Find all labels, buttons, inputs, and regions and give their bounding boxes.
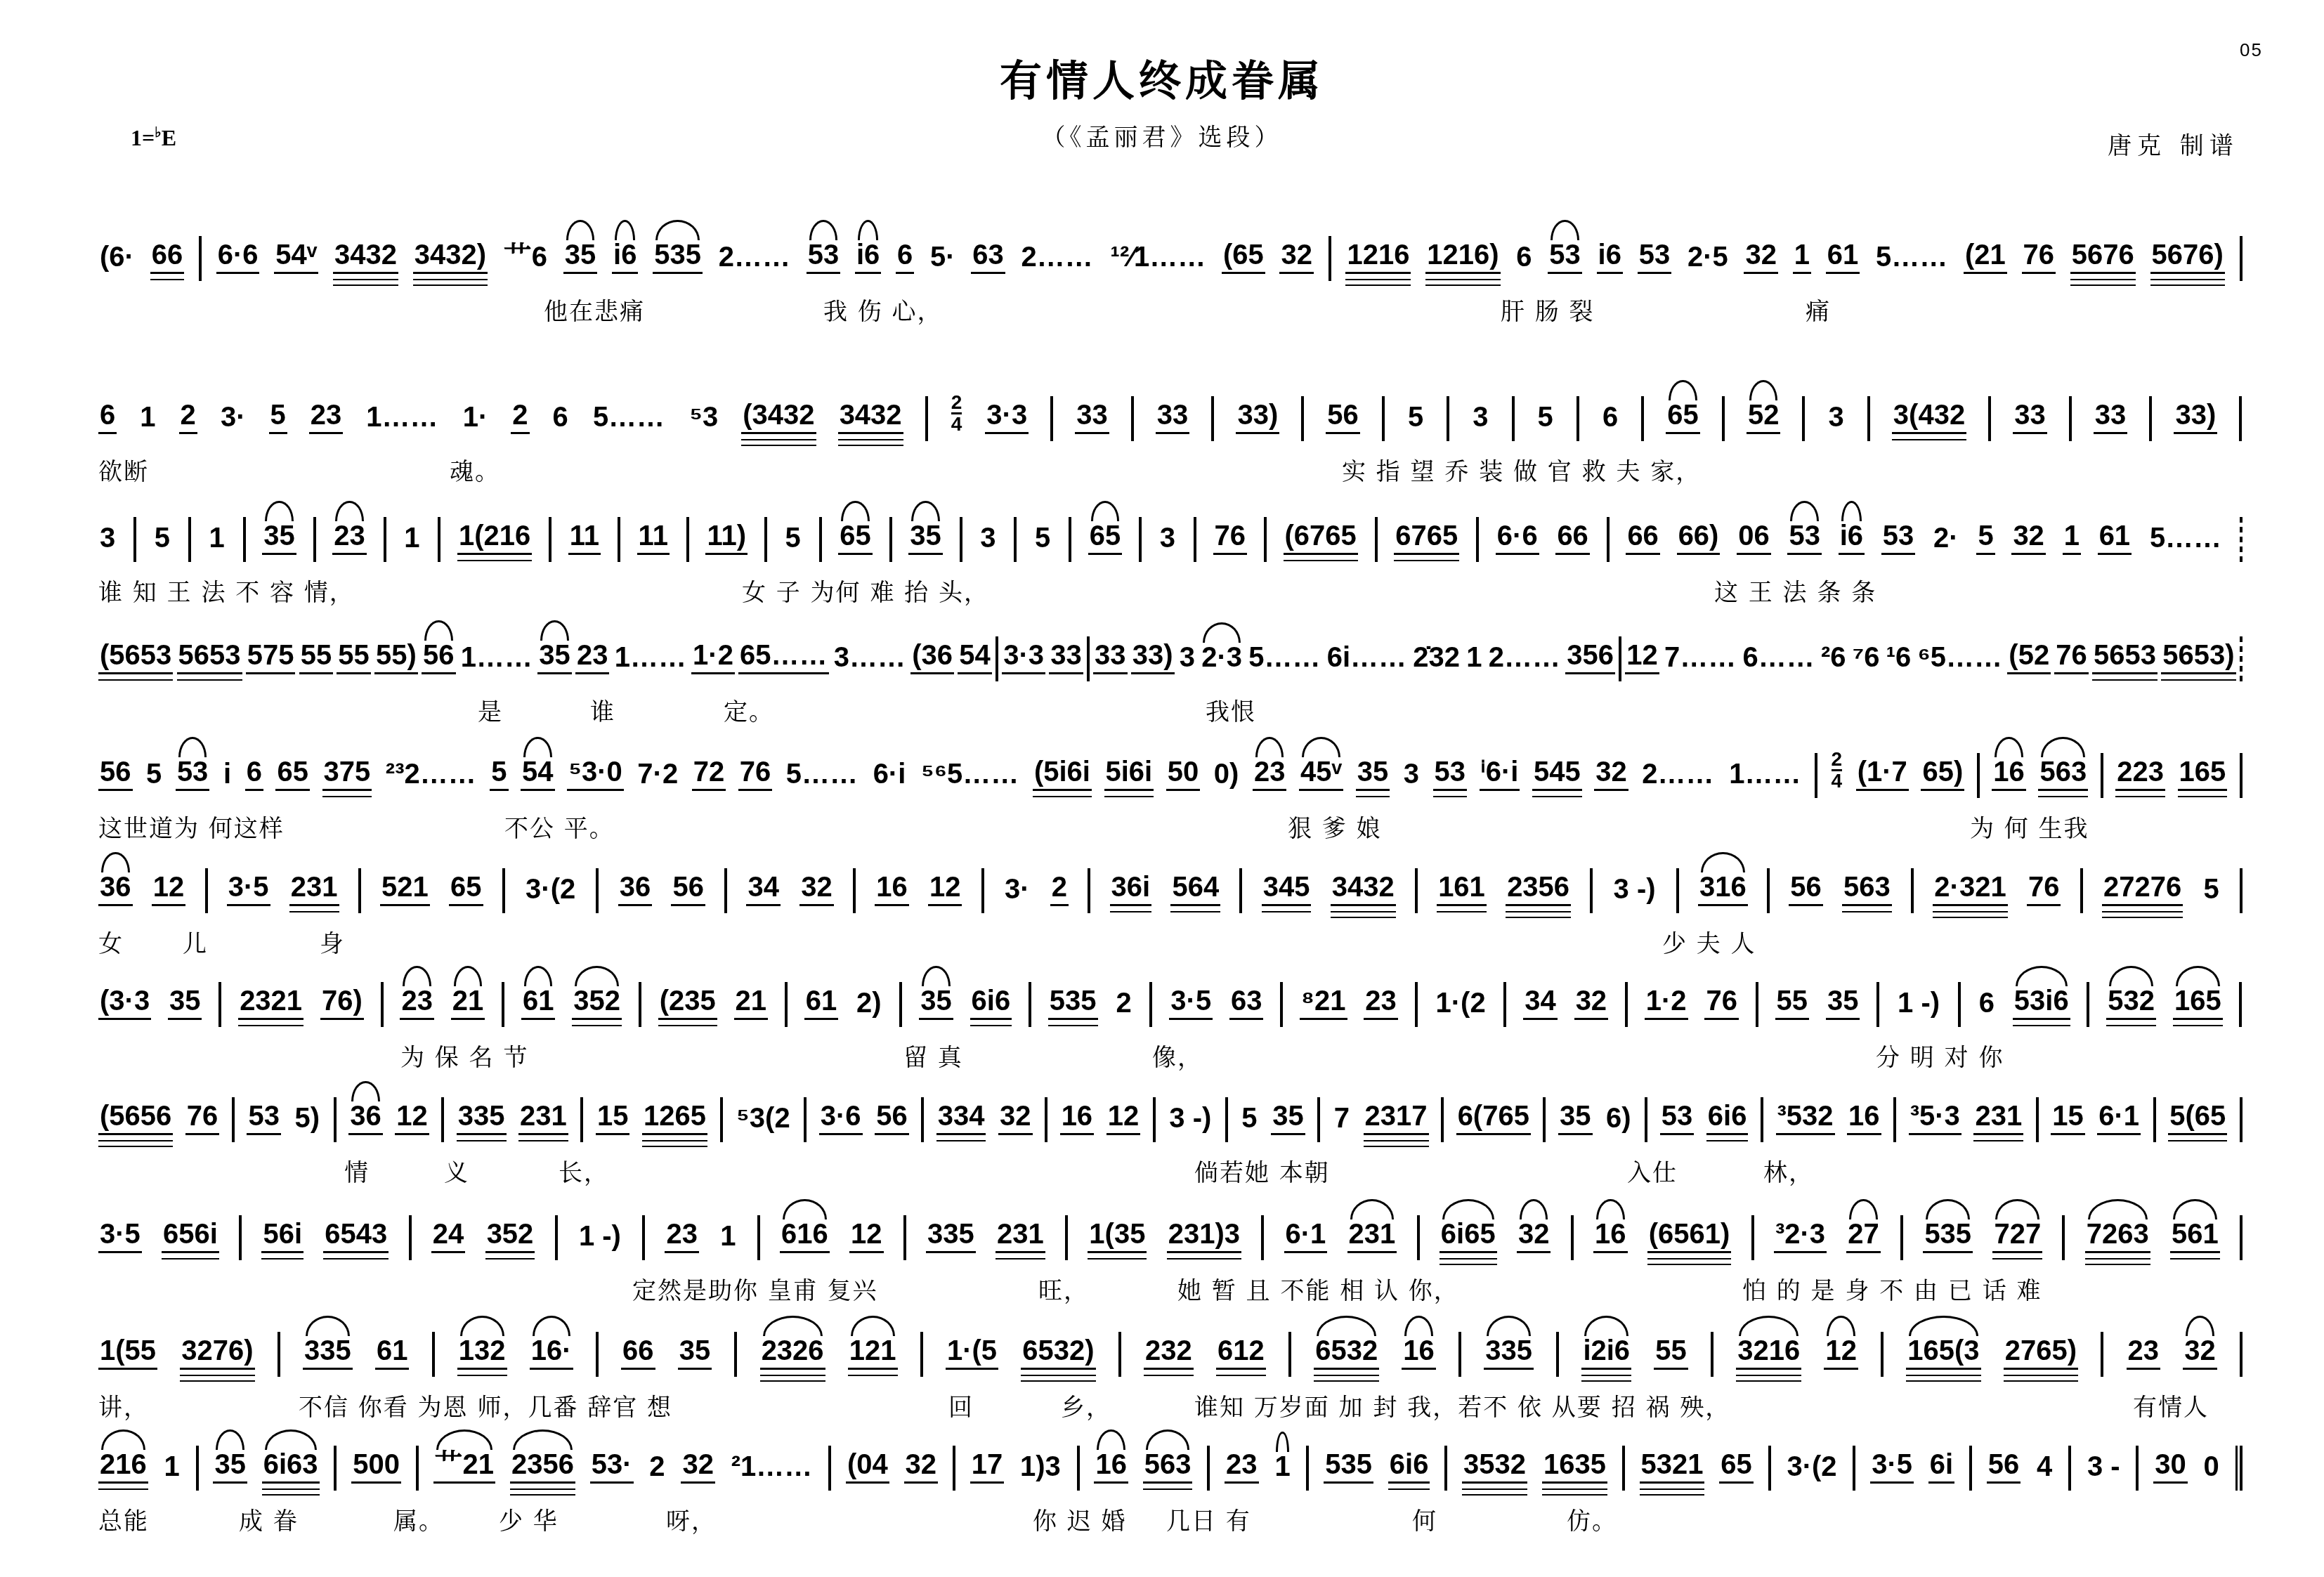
barline xyxy=(358,868,361,913)
note-group: 563 xyxy=(1842,870,1892,906)
lyric-text: 总能 xyxy=(98,1502,149,1536)
barline xyxy=(2149,396,2152,441)
barline xyxy=(384,517,386,562)
note-group: 165 xyxy=(2178,755,2228,791)
barline xyxy=(1881,1332,1884,1377)
note-group: 2 xyxy=(1050,870,1069,906)
barline xyxy=(1417,1215,1420,1260)
note-group: 2 xyxy=(1114,986,1132,1020)
note-group: 23 xyxy=(1253,755,1287,791)
note-group: 艹21 xyxy=(433,1448,496,1484)
lyrics-line: 他在悲痛我 伤 心，肝 肠 裂痛 xyxy=(98,292,2243,323)
note-group: 34 xyxy=(746,870,781,906)
lyric-text: 谁知 万岁面 加 封 我，若不 依 从要 招 祸 殃， xyxy=(1194,1388,1730,1422)
note-group: 2…… xyxy=(1640,757,1715,791)
note-group: 3·5 xyxy=(1169,984,1213,1020)
note-group: 6·6 xyxy=(216,238,260,274)
note-group: 65 xyxy=(1719,1448,1754,1484)
note-group: 1…… xyxy=(613,641,688,674)
note-group: 36 xyxy=(348,1099,383,1135)
note-group: 231 xyxy=(995,1217,1045,1253)
note-group: 16 xyxy=(1593,1217,1628,1253)
lyric-text: 儿 xyxy=(183,924,208,959)
note-group: 76 xyxy=(2022,238,2056,274)
note-group: 5 xyxy=(269,398,287,434)
notation-line: 351352311(216111111)565353565376(6765676… xyxy=(98,506,2243,555)
barline xyxy=(1441,1097,1444,1142)
note-group: 32 xyxy=(998,1099,1033,1135)
barline xyxy=(1306,1446,1309,1491)
barline xyxy=(925,396,928,441)
note-group: 35 xyxy=(1558,1099,1593,1135)
note-group: 3216 xyxy=(1736,1334,1801,1370)
note-group: 223 xyxy=(2115,755,2165,791)
note-group: 2…… xyxy=(717,240,792,274)
note-group: 6543 xyxy=(323,1217,389,1253)
barline xyxy=(438,517,440,562)
note-group: (3432 xyxy=(741,398,816,434)
note-group: 6) xyxy=(1605,1101,1633,1135)
lyric-text: 何 xyxy=(1412,1502,1437,1536)
note-group: i6 xyxy=(1597,238,1623,274)
note-group: 6i…… xyxy=(1326,641,1408,674)
note-group: 16 xyxy=(1094,1448,1128,1484)
lyric-text: 呀， xyxy=(666,1502,717,1536)
notation-line: 36123·5231521653·(23656343216123·236i564… xyxy=(98,857,2243,906)
barline xyxy=(232,1097,235,1142)
note-group: 5 xyxy=(1406,400,1425,434)
lyric-text: 肝 肠 裂 xyxy=(1501,292,1595,327)
note-group: 7…… xyxy=(1663,641,1737,674)
note-group: 352 xyxy=(572,984,622,1020)
note-group: 56 xyxy=(1987,1448,2021,1484)
note-group: 53 xyxy=(1548,238,1582,274)
score-system-1: (6·666·654ᵛ34323432)艹635i65352……53i665·6… xyxy=(98,225,2243,330)
note-group: 3·3 xyxy=(1002,639,1045,674)
score-system-2: 6123·5231……1·265……⁵3(34323432243·3333333… xyxy=(98,385,2243,490)
lyrics-line: 欲断魂。实 指 望 乔 装 做 官 救 夫 家， xyxy=(98,452,2243,483)
note-group: 33 xyxy=(1156,398,1190,434)
note-group: 56 xyxy=(1326,398,1360,434)
barline xyxy=(1415,868,1418,913)
barline xyxy=(828,1446,831,1491)
note-group: 6i63 xyxy=(262,1448,320,1484)
note-group: i xyxy=(222,757,233,791)
barline xyxy=(1264,517,1267,562)
note-group: 6 xyxy=(1601,400,1619,434)
note-group: 15 xyxy=(596,1099,630,1135)
note-group: 231 xyxy=(1347,1217,1397,1253)
note-group: 56 xyxy=(875,1099,909,1135)
note-group: ¹²⁄1…… xyxy=(1109,240,1208,274)
note-group: ³2·3 xyxy=(1774,1217,1827,1253)
note-group: 76 xyxy=(2027,870,2061,906)
note-group: 5…… xyxy=(1874,240,1949,274)
note-group: 2356 xyxy=(510,1448,575,1484)
barline xyxy=(1893,1097,1896,1142)
barline xyxy=(1969,1446,1972,1491)
note-group: 32 xyxy=(799,870,834,906)
barline xyxy=(218,982,221,1027)
lyrics-line: 为 保 名 节留 真像，分 明 对 你 xyxy=(98,1038,2243,1069)
note-group: 121 xyxy=(848,1334,898,1370)
lyric-text: 林， xyxy=(1763,1153,1814,1188)
barline xyxy=(1988,396,1991,441)
note-group: 3…… xyxy=(833,641,907,674)
note-group: 16 xyxy=(1992,755,2026,791)
note-group: 6i6 xyxy=(1706,1099,1749,1135)
note-group: ⁵⁶5…… xyxy=(920,757,1020,791)
note-group: 53 xyxy=(247,1099,281,1135)
note-group: ⁶5…… xyxy=(1916,641,2004,674)
lyric-text: 几日 有 xyxy=(1166,1502,1251,1536)
note-group: (5653 xyxy=(98,639,173,674)
note-group: 3·3 xyxy=(985,398,1029,434)
lyrics-line: 女儿身少 夫 人 xyxy=(98,924,2243,955)
note-group: 3 xyxy=(1178,641,1196,674)
lyric-text: 乡， xyxy=(1061,1388,1111,1422)
note-group: 1· xyxy=(462,400,490,434)
notation-line: 3·5656i56i6543243521 -)231616123352311(3… xyxy=(98,1204,2243,1253)
note-group: 33 xyxy=(1093,639,1128,674)
note-group: 33) xyxy=(1236,398,1279,434)
note-group: 53 xyxy=(1787,519,1822,555)
barline xyxy=(889,517,892,562)
note-group: 6i xyxy=(1928,1448,1954,1484)
note-group: 375 xyxy=(322,755,372,791)
note-group: ¹6 xyxy=(1885,641,1913,674)
barline xyxy=(1329,236,1331,281)
barline xyxy=(1029,982,1031,1027)
note-group: 53 xyxy=(176,755,210,791)
barline xyxy=(1065,1215,1068,1260)
note-group: 16 xyxy=(1402,1334,1436,1370)
note-group: 3·(2 xyxy=(1785,1450,1838,1484)
note-group: 2) xyxy=(855,986,883,1020)
note-group: 6 xyxy=(245,755,263,791)
lyric-text: 讲， xyxy=(98,1388,149,1422)
note-group: 1 xyxy=(2063,519,2081,555)
note-group: 6 xyxy=(896,238,914,274)
key-prefix: 1= xyxy=(131,125,155,150)
barline xyxy=(199,236,202,281)
note-group: 1 xyxy=(208,521,226,555)
barline xyxy=(580,1097,583,1142)
note-group: 1 xyxy=(138,400,157,434)
barline xyxy=(1050,396,1053,441)
barline xyxy=(1815,753,1817,798)
note-group: 12 xyxy=(1625,639,1659,674)
note-group: 53 xyxy=(1433,755,1468,791)
barline xyxy=(2239,982,2242,1027)
barline xyxy=(639,982,641,1027)
notation-line: 2161356i63500艹21235653·232²1……(0432171)3… xyxy=(98,1434,2243,1484)
note-group: 56i xyxy=(261,1217,303,1253)
lyrics-line: 定然是助你 皇甫 复兴旺，她 暂 且 不能 相 认 你，怕 的 是 身 不 由 … xyxy=(98,1271,2243,1302)
score-system-11: 2161356i63500艹21235653·232²1……(0432171)3… xyxy=(98,1434,2243,1540)
note-group: 65…… xyxy=(738,639,829,674)
barline xyxy=(1476,517,1479,562)
note-group: 34 xyxy=(1523,984,1558,1020)
barline xyxy=(381,982,384,1027)
note-group: 6·6 xyxy=(1496,519,1539,555)
barline xyxy=(2240,868,2243,913)
note-group: 66 xyxy=(621,1334,655,1370)
note-group: 5321 xyxy=(1640,1448,1705,1484)
barline xyxy=(1751,1215,1754,1260)
note-group: 216 xyxy=(98,1448,148,1484)
note-group: 6 xyxy=(1978,986,1996,1020)
lyric-text: 成 眷 xyxy=(239,1502,299,1536)
note-group: 35 xyxy=(262,519,296,555)
note-group: 23 xyxy=(309,398,344,434)
note-group: 5 xyxy=(145,757,163,791)
barline xyxy=(1207,1446,1210,1491)
barline xyxy=(416,1446,419,1491)
note-group: 3·5 xyxy=(98,1217,142,1253)
note-group: 53 xyxy=(807,238,841,274)
note-group: (04 xyxy=(846,1448,889,1484)
barline xyxy=(2069,396,2072,441)
barline xyxy=(1767,868,1770,913)
notation-line: (565676535)3612335231151265⁵3(23·6563343… xyxy=(98,1086,2243,1135)
note-group: 612 xyxy=(1216,1334,1266,1370)
barline xyxy=(1239,868,1242,913)
note-group: 56 xyxy=(1789,870,1823,906)
barline xyxy=(2080,868,2083,913)
note-group: 3432 xyxy=(838,398,903,434)
barline xyxy=(2087,982,2089,1027)
note-group: 66) xyxy=(1677,519,1721,555)
note-group: (6561) xyxy=(1647,1217,1732,1253)
note-group: 63 xyxy=(1229,984,1264,1020)
note-group: i6 xyxy=(1839,519,1865,555)
barline xyxy=(1153,1097,1156,1142)
barline xyxy=(642,1215,645,1260)
note-group: 76 xyxy=(738,755,773,791)
note-group: 5653) xyxy=(2161,639,2235,674)
barline xyxy=(1645,1097,1647,1142)
barline xyxy=(432,1332,435,1377)
note-group: 1·2 xyxy=(1645,984,1688,1020)
note-group: 55 xyxy=(337,639,371,674)
note-group: 6…… xyxy=(1741,641,1815,674)
note-group: 53 xyxy=(1881,519,1916,555)
note-group: 15 xyxy=(2051,1099,2085,1135)
barline xyxy=(764,517,767,562)
song-subtitle: （《孟丽君》选段） xyxy=(0,118,2324,152)
note-group: 66 xyxy=(150,238,185,274)
barline xyxy=(1014,517,1017,562)
note-group: 33 xyxy=(2013,398,2047,434)
note-group: 5…… xyxy=(785,757,859,791)
barline xyxy=(1375,517,1378,562)
note-group: 24 xyxy=(431,1217,466,1253)
barline xyxy=(555,1215,558,1260)
note-group: 545 xyxy=(1532,755,1582,791)
barline xyxy=(981,868,984,913)
note-group: 1216) xyxy=(1425,238,1500,274)
notation-line: 1(553276)3356113216·663523261211·(56532)… xyxy=(98,1321,2243,1370)
lyric-text: 身 xyxy=(320,924,345,959)
lyrics-line: 讲，不信 你看 为恩 师，几番 辞官 想回乡，谁知 万岁面 加 封 我，若不 依… xyxy=(98,1388,2243,1419)
note-group: 3· xyxy=(1003,872,1031,906)
note-group: 12 xyxy=(928,870,962,906)
barline xyxy=(1382,396,1385,441)
note-group: ²1…… xyxy=(730,1450,814,1484)
lyric-text: 魂。 xyxy=(450,452,500,487)
note-group: 575 xyxy=(246,639,296,674)
lyric-text: 她 暂 且 不能 相 认 你， xyxy=(1177,1271,1459,1306)
note-group: 334 xyxy=(936,1099,986,1135)
note-group: 535 xyxy=(653,238,703,274)
note-group: ⁵3 xyxy=(688,400,719,434)
notation-line: (6·666·654ᵛ34323432)艹635i65352……53i665·6… xyxy=(98,225,2243,274)
note-group: 56 xyxy=(671,870,705,906)
note-group: 36i xyxy=(1110,870,1152,906)
barline xyxy=(618,517,620,562)
note-group: 55 xyxy=(1775,984,1810,1020)
barline xyxy=(1556,1332,1559,1377)
note-group: 35 xyxy=(1356,755,1390,791)
note-group: 1 xyxy=(1273,1450,1291,1484)
note-group: 53· xyxy=(590,1448,634,1484)
note-group: 65 xyxy=(275,755,310,791)
barline xyxy=(334,1097,337,1142)
note-group: 231 xyxy=(1973,1099,2023,1135)
note-group: 16 xyxy=(1060,1099,1095,1135)
note-group: 6·i xyxy=(872,757,908,791)
barline xyxy=(1261,1215,1264,1260)
note-group: 352 xyxy=(485,1217,535,1253)
note-group: 1…… xyxy=(1728,757,1802,791)
note-group: 7263 xyxy=(2085,1217,2150,1253)
note-group: ³5·3 xyxy=(1909,1099,1961,1135)
note-group: 335 xyxy=(303,1334,353,1370)
barline xyxy=(239,1215,242,1260)
note-group: 232 xyxy=(1144,1334,1194,1370)
lyric-text: 分 明 对 你 xyxy=(1876,1038,2004,1073)
note-group: 1635 xyxy=(1542,1448,1607,1484)
lyric-text: 他在悲痛 xyxy=(544,292,645,327)
note-group: 76 xyxy=(1213,519,1248,555)
note-group: 5…… xyxy=(592,400,666,434)
note-group: (36 xyxy=(910,639,954,674)
note-group: 56 xyxy=(98,755,133,791)
note-group: 35 xyxy=(678,1334,712,1370)
note-group: 21 xyxy=(451,984,485,1020)
barline xyxy=(920,1332,923,1377)
note-group: 3·6 xyxy=(819,1099,863,1135)
note-group: 500 xyxy=(351,1448,401,1484)
note-group: 3 xyxy=(1471,400,1489,434)
barline xyxy=(441,1097,444,1142)
note-group: (5i6i xyxy=(1033,755,1092,791)
lyric-text: 留 真 xyxy=(903,1038,963,1073)
score-system-6: 36123·5231521653·(23656343216123·236i564… xyxy=(98,857,2243,962)
note-group: 61 xyxy=(521,984,556,1020)
note-group: (1·7 xyxy=(1856,755,1909,791)
note-group: 23 xyxy=(1225,1448,1259,1484)
note-group: 5) xyxy=(294,1101,322,1135)
note-group: 7·2 xyxy=(636,757,679,791)
note-group: ⁱ6·i xyxy=(1480,755,1520,791)
note-group: (21 xyxy=(1964,238,2007,274)
note-group: 65 xyxy=(1666,398,1700,434)
note-group: 32 xyxy=(1744,238,1778,274)
note-group: 61 xyxy=(1826,238,1860,274)
note-group: 4 xyxy=(2035,1450,2054,1484)
barline xyxy=(899,982,902,1027)
note-group: 32 xyxy=(2183,1334,2217,1370)
note-group: 563 xyxy=(1143,1448,1193,1484)
lyric-text: 倘若她 本朝 xyxy=(1194,1153,1330,1188)
note-group: 16 xyxy=(875,870,909,906)
note-group: 3 -) xyxy=(1168,1101,1213,1135)
note-group: 6765 xyxy=(1394,519,1459,555)
lyric-text: 怕 的 是 身 不 由 已 话 难 xyxy=(1742,1271,2042,1306)
barline xyxy=(785,982,788,1027)
lyric-text: 为 保 名 节 xyxy=(400,1038,528,1073)
note-group: 23 xyxy=(2127,1334,2161,1370)
note-group: 1 xyxy=(1793,238,1811,274)
note-group: 53i6 xyxy=(2013,984,2070,1020)
note-group: 35 xyxy=(537,639,572,674)
barline xyxy=(2240,236,2243,281)
note-group: 7 xyxy=(1333,1101,1351,1135)
note-group: 1 xyxy=(163,1450,181,1484)
barline xyxy=(1756,982,1758,1027)
note-group: 1 -) xyxy=(577,1219,622,1253)
note-group: 5 xyxy=(1976,519,1995,555)
score-system-5: 56553i665375²³2……554⁵3·07·272765……6·i⁵⁶5… xyxy=(98,742,2243,847)
note-group: 61 xyxy=(804,984,839,1020)
note-group: 65 xyxy=(1088,519,1123,555)
note-group: 12 xyxy=(849,1217,884,1253)
lyric-text: 入仕 xyxy=(1627,1153,1678,1188)
barline xyxy=(995,636,998,681)
lyric-text: 情 xyxy=(344,1153,370,1188)
note-group: 2̇32 xyxy=(1411,641,1461,674)
barline xyxy=(1301,396,1304,441)
note-group: 3· xyxy=(219,400,247,434)
note-group: 76 xyxy=(185,1099,220,1135)
barline xyxy=(2101,1332,2103,1377)
note-group: 33 xyxy=(2094,398,2128,434)
barline xyxy=(1447,396,1449,441)
note-group: 335 xyxy=(1484,1334,1534,1370)
barline xyxy=(1288,1332,1291,1377)
lyric-text: 女 子 为何 难 抬 头， xyxy=(742,573,989,608)
note-group: 2321 xyxy=(238,984,303,1020)
barline xyxy=(819,517,822,562)
notation-line: (3·335232176)232161352(23521612)356i6535… xyxy=(98,971,2243,1020)
barline xyxy=(596,1332,599,1377)
lyric-text: 仿。 xyxy=(1567,1502,1617,1536)
notation-line: (56535653575555555)561……35231……1·265……3…… xyxy=(98,625,2243,674)
note-group: 32 xyxy=(1594,755,1628,791)
note-group: 55 xyxy=(1654,1334,1688,1370)
note-group: 5653 xyxy=(177,639,242,674)
note-group: 231 xyxy=(518,1099,568,1135)
note-group: 5 xyxy=(1536,400,1555,434)
lyric-text: 我 伤 心， xyxy=(823,292,943,327)
note-group: 5…… xyxy=(1247,641,1321,674)
note-group: 35 xyxy=(1826,984,1860,1020)
notation-line: 56553i665375²³2……554⁵3·07·272765……6·i⁵⁶5… xyxy=(98,742,2243,791)
barline xyxy=(2062,1215,2065,1260)
flat-icon: ♭ xyxy=(155,125,161,140)
